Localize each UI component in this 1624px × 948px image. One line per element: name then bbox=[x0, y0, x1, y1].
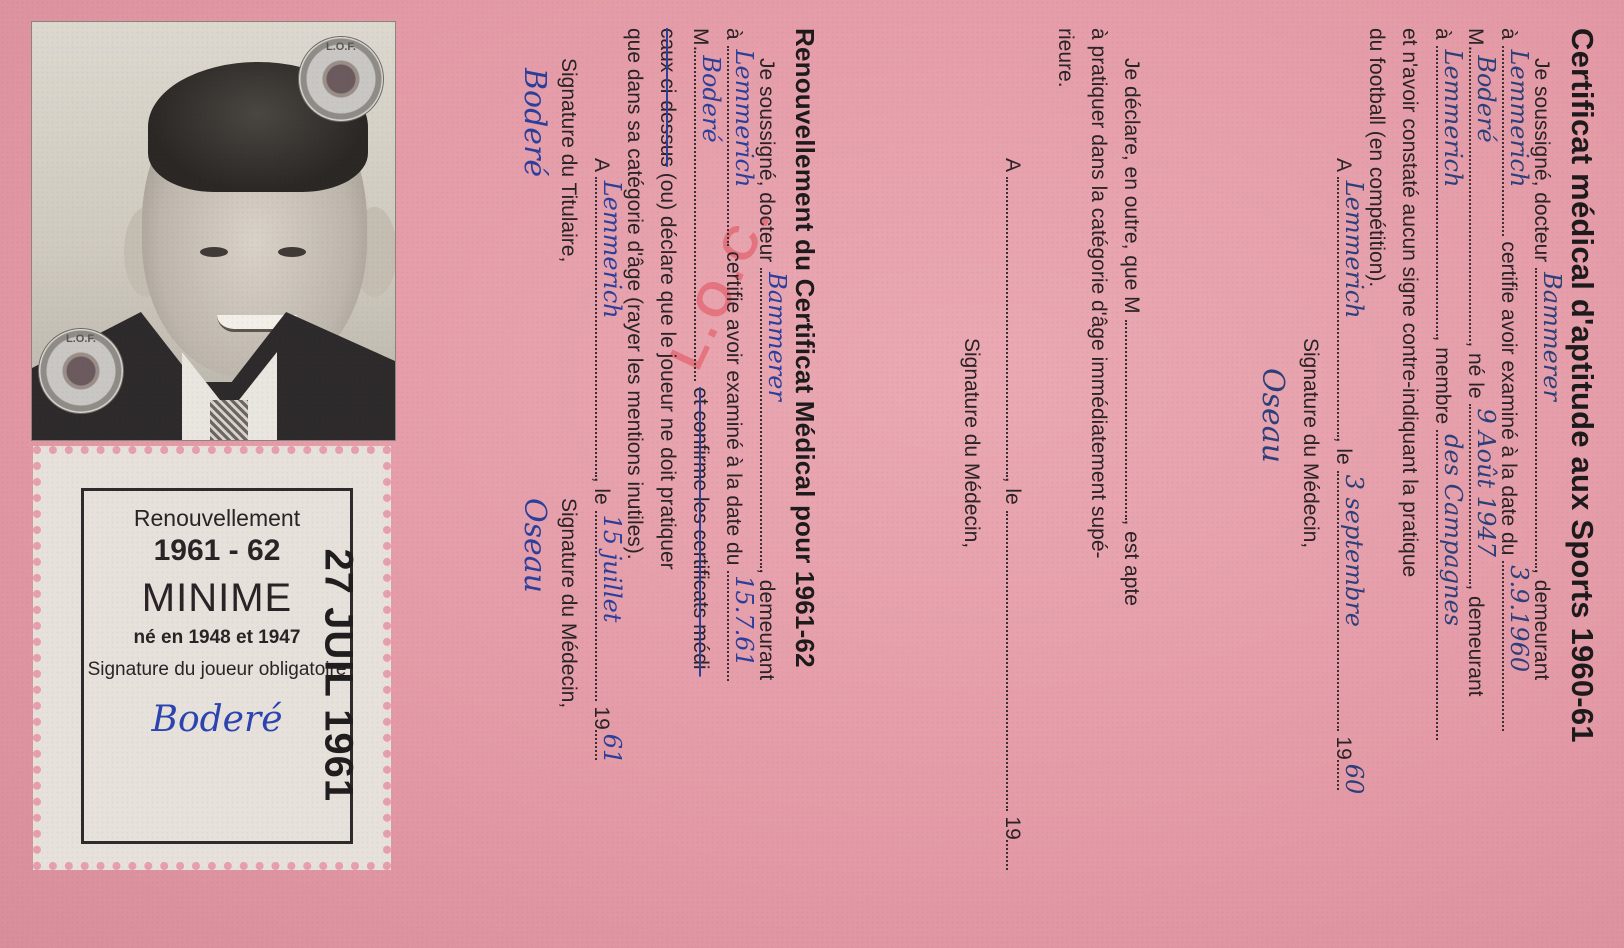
label: 19 bbox=[590, 706, 613, 729]
label: , est apte bbox=[1120, 520, 1143, 606]
handwritten-city: Lemmerich bbox=[1502, 50, 1535, 188]
doctor-signature: Oseau bbox=[1255, 28, 1290, 918]
label: à bbox=[1431, 28, 1454, 40]
player-name-field: Boderé bbox=[1469, 51, 1491, 341]
city-field: Lemmerich bbox=[1502, 46, 1524, 236]
renewal-line: à Lemmerich certifie avoir examiné à la … bbox=[717, 28, 750, 918]
handwritten-club: des Campagnes bbox=[1436, 434, 1469, 626]
certificate-text-area: Certificat médical d'aptitude aux Sports… bbox=[420, 28, 1600, 918]
label: M. bbox=[1464, 28, 1487, 51]
renewal-line: caux ci-dessus (ou) déclare que le joueu… bbox=[651, 28, 684, 918]
label: à bbox=[722, 28, 745, 40]
label: A bbox=[1001, 158, 1024, 171]
handwritten-year: 61 bbox=[595, 734, 628, 765]
label: A bbox=[1332, 158, 1355, 171]
handwritten-doctor: Bammerer bbox=[1535, 272, 1568, 401]
label: certifie avoir examiné à la date du bbox=[722, 251, 745, 565]
club-field: des Campagnes bbox=[1436, 430, 1458, 740]
label: , le bbox=[590, 477, 613, 505]
handwritten-date: 3.9.1960 bbox=[1502, 565, 1535, 672]
label: (ou) déclare que le joueur ne doit prati… bbox=[656, 173, 679, 570]
date-field: 15 juillet bbox=[595, 511, 617, 701]
declaration-line: Je déclare, en outre, que M , est apte bbox=[1115, 28, 1148, 918]
date-stamp: 27 JUIL 1961 bbox=[308, 556, 368, 856]
doctor-signature-label: Signature du Médecin, bbox=[1294, 28, 1327, 918]
city-field: Lemmerich bbox=[727, 46, 749, 246]
holder-signature-label: Signature du Titulaire, bbox=[552, 58, 585, 262]
place-field: Lemmerich bbox=[595, 177, 617, 477]
label: , le bbox=[1332, 437, 1355, 465]
handwritten-birthdate: 9 Août 1947 bbox=[1469, 408, 1502, 557]
label: , membre bbox=[1431, 336, 1454, 425]
player-name-field bbox=[1125, 320, 1147, 520]
year-field: 60 bbox=[1337, 760, 1359, 790]
medical-certificate-card: L.O.F. L.O.F. Renouvellement 1961 - 62 M… bbox=[0, 0, 1624, 948]
handwritten-year: 60 bbox=[1337, 764, 1370, 795]
renewal-signature-labels: Signature du Titulaire, Signature du Méd… bbox=[552, 28, 585, 918]
rivet-icon: L.O.F. bbox=[298, 36, 384, 122]
date-stamp-text: 27 JUIL 1961 bbox=[316, 549, 361, 849]
renewal-signatures: Boderé Oseau bbox=[512, 28, 552, 918]
label: Je déclare, en outre, que M bbox=[1120, 58, 1143, 314]
declaration-section: Je déclare, en outre, que M , est apte à… bbox=[955, 28, 1148, 918]
label: M. bbox=[689, 28, 712, 51]
photo-tie bbox=[210, 400, 248, 440]
date-field bbox=[1006, 511, 1028, 811]
renewal-title: Renouvellement du Certificat Médical pou… bbox=[789, 28, 820, 918]
certificate-line: à Lemmerich, membre des Campagnes bbox=[1426, 28, 1459, 918]
renewal-line: que dans sa catégorie d'âge (rayer les m… bbox=[618, 28, 651, 918]
handwritten-city: Lemmerich bbox=[727, 50, 760, 188]
handwritten-date: 15 juillet bbox=[595, 515, 628, 623]
handwritten-place: Lemmerich bbox=[595, 181, 628, 319]
doctor-signature-label: Signature du Médecin, bbox=[955, 28, 988, 918]
label: 19 bbox=[1332, 736, 1355, 759]
handwritten-name: Boderé bbox=[1469, 55, 1502, 142]
label: , né le bbox=[1464, 341, 1487, 398]
rivet-icon: L.O.F. bbox=[38, 328, 124, 414]
photo-eye bbox=[278, 247, 306, 257]
declaration-line: rieure. bbox=[1049, 28, 1082, 918]
handwritten-date: 15.7.61 bbox=[727, 575, 760, 667]
renewal-line: M.Boderé et confirme les certificats méd… bbox=[684, 28, 717, 918]
handwritten-name: Boderé bbox=[694, 55, 727, 142]
holder-signature: Boderé bbox=[517, 68, 552, 177]
photo-eye bbox=[200, 247, 228, 257]
certificate-place-date: A Lemmerich, le 3 septembre 1960 bbox=[1327, 28, 1360, 918]
place-field bbox=[1006, 177, 1028, 477]
doctor-name-field: Bammerer bbox=[1535, 268, 1557, 568]
year-field bbox=[1006, 840, 1028, 870]
label: à bbox=[1497, 28, 1520, 40]
doctor-name-field: Bammerer bbox=[760, 268, 782, 568]
place-field: Lemmerich bbox=[1337, 177, 1359, 437]
exam-date-field: 15.7.61 bbox=[727, 571, 749, 681]
declaration-place-date: A , le 19 bbox=[996, 28, 1029, 918]
label: A bbox=[590, 158, 613, 171]
doctor-signature-label: Signature du Médecin, bbox=[552, 498, 585, 708]
year-field: 61 bbox=[595, 730, 617, 760]
handwritten-date: 3 septembre bbox=[1337, 475, 1370, 627]
city-field: Lemmerich bbox=[1436, 46, 1458, 336]
label: , le bbox=[1001, 477, 1024, 505]
struck-text: et confirme les certificats médi- bbox=[689, 387, 712, 676]
birthdate-field: 9 Août 1947 bbox=[1469, 404, 1491, 584]
handwritten-doctor: Bammerer bbox=[760, 272, 793, 401]
label: 19 bbox=[1001, 816, 1024, 839]
renewal-section: Renouvellement du Certificat Médical pou… bbox=[512, 28, 820, 918]
certificate-title: Certificat médical d'aptitude aux Sports… bbox=[1564, 28, 1600, 918]
date-field: 3 septembre bbox=[1337, 471, 1359, 731]
handwritten-place: Lemmerich bbox=[1337, 181, 1370, 319]
ticket-renewal-label: Renouvellement bbox=[84, 505, 350, 532]
doctor-signature: Oseau bbox=[517, 498, 552, 593]
player-name-field: Boderé bbox=[694, 51, 716, 381]
certificate-line: et n'avoir constaté aucun signe contre-i… bbox=[1393, 28, 1426, 918]
renewal-place-date: A Lemmerich, le 15 juillet 1961 bbox=[585, 28, 618, 918]
certificate-section: Certificat médical d'aptitude aux Sports… bbox=[1255, 28, 1600, 918]
id-photo: L.O.F. L.O.F. bbox=[31, 21, 396, 441]
handwritten-city: Lemmerich bbox=[1436, 50, 1469, 188]
declaration-line: à pratiquer dans la catégorie d'âge immé… bbox=[1082, 28, 1115, 918]
exam-date-field: 3.9.1960 bbox=[1502, 561, 1524, 731]
struck-text: caux ci-dessus bbox=[656, 28, 679, 167]
